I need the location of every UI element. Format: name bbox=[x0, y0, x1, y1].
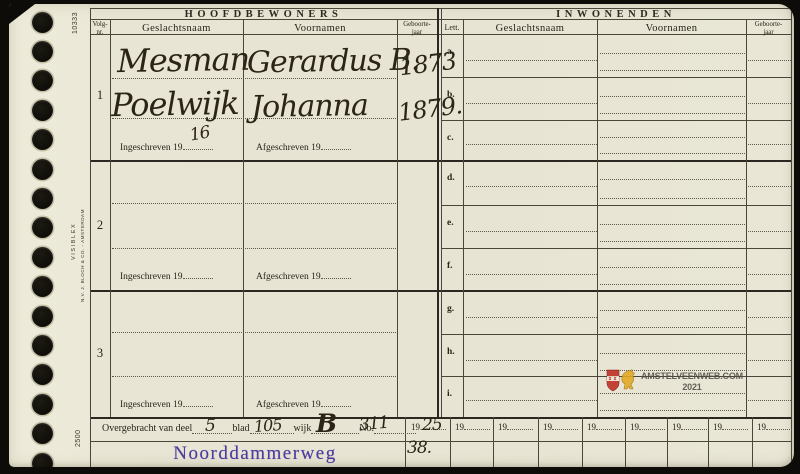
writing-line bbox=[600, 327, 745, 328]
row-letter: i. bbox=[447, 389, 463, 399]
writing-line bbox=[600, 241, 745, 242]
writing-line bbox=[600, 410, 745, 411]
transfer-label-blad: blad bbox=[232, 423, 249, 434]
writing-line bbox=[600, 310, 745, 311]
col-header-voornamen-right: Voornamen bbox=[597, 23, 746, 34]
footer-divider bbox=[752, 417, 753, 467]
year-cell: 19 bbox=[713, 422, 748, 432]
lodger-row-c: c. bbox=[441, 120, 791, 160]
punch-hole bbox=[32, 423, 53, 444]
footer-divider bbox=[667, 417, 668, 467]
punch-hole bbox=[32, 70, 53, 91]
writing-line bbox=[600, 284, 745, 285]
afgeschreven-text: Afgeschreven 19 bbox=[256, 272, 321, 282]
punch-hole bbox=[32, 217, 53, 238]
main-block-3: 3 Ingeschreven 19 Afgeschreven 19 bbox=[90, 290, 438, 417]
dotted-leader bbox=[596, 422, 622, 430]
year-prefix: 19 bbox=[543, 422, 552, 432]
col-header-geslachtsnaam-left: Geslachtsnaam bbox=[110, 23, 243, 34]
punch-hole bbox=[32, 100, 53, 121]
footer-divider bbox=[582, 417, 583, 467]
row-letter: c. bbox=[447, 133, 463, 143]
block-number: 3 bbox=[90, 346, 110, 361]
footer-divider bbox=[493, 417, 494, 467]
dotted-leader bbox=[321, 398, 351, 407]
watermark-site: AMSTELVEENWEB.COM bbox=[641, 371, 743, 381]
handwritten-firstnames-1: Gerardus B. bbox=[247, 45, 420, 78]
afgeschreven-text: Afgeschreven 19 bbox=[256, 400, 321, 410]
writing-line bbox=[466, 186, 597, 187]
punch-hole bbox=[32, 159, 53, 180]
footer-divider bbox=[538, 417, 539, 467]
dotted-leader bbox=[722, 422, 748, 430]
punch-hole bbox=[32, 364, 53, 385]
punch-hole bbox=[32, 394, 53, 415]
lodger-row-f: f. bbox=[441, 248, 791, 291]
afgeschreven-label: Afgeschreven 19 bbox=[256, 270, 351, 282]
street-name-stamp: Noorddammerweg bbox=[147, 443, 363, 465]
writing-line bbox=[600, 179, 745, 180]
col-header-voornamen-left: Voornamen bbox=[243, 23, 397, 34]
transfer-label-wijk: wijk bbox=[294, 423, 312, 434]
writing-line bbox=[466, 400, 597, 401]
year-cell: 19 bbox=[672, 422, 707, 432]
year-prefix: 19 bbox=[713, 422, 722, 432]
col-header-lett: Lett. bbox=[441, 24, 463, 32]
year-prefix: 19 bbox=[630, 422, 639, 432]
dotted-leader bbox=[507, 422, 533, 430]
punch-hole bbox=[32, 453, 53, 467]
section-title-hoofdbewoners: HOOFDBEWONERS bbox=[90, 9, 437, 20]
row-letter: d. bbox=[447, 173, 463, 183]
handwritten-year-value: 25 bbox=[422, 417, 442, 434]
lodger-row-a: a. bbox=[441, 34, 791, 77]
year-prefix: 19 bbox=[672, 422, 681, 432]
dotted-leader bbox=[183, 398, 213, 407]
year-cell: 19 bbox=[630, 422, 665, 432]
footer-divider bbox=[625, 417, 626, 467]
writing-line bbox=[466, 103, 597, 104]
year-cell: 19 bbox=[757, 422, 792, 432]
punch-hole bbox=[32, 188, 53, 209]
handwritten-surname-2: Poelwijk bbox=[111, 87, 239, 121]
writing-line bbox=[466, 231, 597, 232]
main-block-2: 2 Ingeschreven 19 Afgeschreven 19 bbox=[90, 160, 438, 290]
footer-divider bbox=[708, 417, 709, 467]
writing-line bbox=[466, 317, 597, 318]
writing-line bbox=[112, 248, 396, 250]
writing-line bbox=[112, 332, 396, 334]
handwritten-deel: 5 bbox=[205, 418, 215, 435]
afgeschreven-label: Afgeschreven 19 bbox=[256, 398, 351, 410]
afgeschreven-text: Afgeschreven 19 bbox=[256, 143, 321, 153]
year-cell: 19 bbox=[498, 422, 533, 432]
row-letter: f. bbox=[447, 261, 463, 271]
transfer-label-deel: Overgebracht van deel bbox=[102, 423, 192, 434]
writing-line bbox=[748, 60, 791, 61]
writing-line bbox=[748, 317, 791, 318]
writing-line bbox=[466, 60, 597, 61]
year-cell: 19 bbox=[543, 422, 578, 432]
ingeschreven-label: Ingeschreven 19 bbox=[120, 270, 213, 282]
amstelveen-coat-of-arms-icon bbox=[606, 368, 638, 395]
punch-hole bbox=[32, 247, 53, 268]
writing-line bbox=[748, 103, 791, 104]
dotted-leader bbox=[681, 422, 707, 430]
writing-line bbox=[600, 267, 745, 268]
writing-line bbox=[600, 53, 745, 54]
dotted-leader bbox=[639, 422, 665, 430]
dotted-leader bbox=[464, 422, 490, 430]
punch-hole bbox=[32, 276, 53, 297]
writing-line bbox=[748, 144, 791, 145]
year-cell: 19 bbox=[455, 422, 490, 432]
col-header-geslachtsnaam-right: Geslachtsnaam bbox=[463, 23, 597, 34]
col-header-geboorte-right-line1: Geboorte- bbox=[755, 21, 783, 28]
row-letter: h. bbox=[447, 347, 463, 357]
punch-hole bbox=[32, 306, 53, 327]
writing-line bbox=[600, 96, 745, 97]
writing-line bbox=[600, 113, 745, 114]
punch-hole bbox=[32, 129, 53, 150]
writing-line bbox=[466, 360, 597, 361]
scanned-register-card-page: 10333 2500 VISIBLEX N.V. J. BLOCH & CO. … bbox=[0, 0, 800, 474]
year-prefix: 19 bbox=[455, 422, 464, 432]
dotted-leader bbox=[552, 422, 578, 430]
writing-line bbox=[600, 137, 745, 138]
punch-hole bbox=[32, 41, 53, 62]
block-number: 2 bbox=[90, 218, 110, 233]
handwritten-surname-1: Mesman bbox=[117, 43, 250, 77]
year-prefix: 19 bbox=[498, 422, 507, 432]
writing-line bbox=[600, 353, 745, 354]
year-prefix: 19 bbox=[757, 422, 766, 432]
form-number-vertical: 10333 bbox=[72, 12, 79, 34]
row-letter: a. bbox=[447, 47, 463, 57]
col-header-volgnr-line1: Volg- bbox=[93, 21, 108, 28]
writing-line bbox=[466, 274, 597, 275]
lodger-row-d: d. bbox=[441, 160, 791, 205]
dotted-leader bbox=[321, 270, 351, 279]
ingeschreven-text: Ingeschreven 19 bbox=[120, 272, 183, 282]
year-prefix: 19. bbox=[411, 422, 422, 432]
handwritten-blad: 105 bbox=[253, 417, 282, 435]
writing-line bbox=[112, 376, 396, 378]
dotted-leader bbox=[321, 141, 351, 150]
writing-line bbox=[600, 198, 745, 199]
row-letter: e. bbox=[447, 218, 463, 228]
writing-line bbox=[112, 203, 396, 205]
table-right-border bbox=[791, 8, 792, 467]
lodger-row-b: b. bbox=[441, 77, 791, 120]
ingeschreven-text: Ingeschreven 19 bbox=[120, 143, 183, 153]
handwritten-house-number: 38. bbox=[407, 440, 431, 457]
punch-hole bbox=[32, 12, 53, 33]
writing-line bbox=[466, 144, 597, 145]
watermark: AMSTELVEENWEB.COM 2021 bbox=[606, 368, 743, 395]
footer-divider bbox=[450, 417, 451, 467]
writing-line bbox=[600, 153, 745, 154]
footer-mid-line bbox=[90, 441, 791, 442]
ingeschreven-label: Ingeschreven 19 bbox=[120, 398, 213, 410]
year-cell: 19 bbox=[587, 422, 622, 432]
ingeschreven-text: Ingeschreven 19 bbox=[120, 400, 183, 410]
handwritten-wijk: B bbox=[316, 411, 336, 436]
writing-line bbox=[748, 360, 791, 361]
manufacturer-vertical: N.V. J. BLOCH & CO. - AMSTERDAM bbox=[80, 209, 85, 302]
writing-line bbox=[748, 231, 791, 232]
row-letter: g. bbox=[447, 304, 463, 314]
writing-line bbox=[748, 400, 791, 401]
print-run-vertical: 2500 bbox=[75, 429, 82, 447]
watermark-year: 2021 bbox=[641, 382, 743, 392]
register-card: 10333 2500 VISIBLEX N.V. J. BLOCH & CO. … bbox=[9, 4, 794, 467]
section-title-inwonenden: INWONENDEN bbox=[441, 9, 791, 20]
dotted-leader bbox=[766, 422, 792, 430]
col-header-geboorte-left-line1: Geboorte- bbox=[403, 21, 431, 28]
row-letter: b. bbox=[447, 90, 463, 100]
punch-hole bbox=[32, 335, 53, 356]
block-number: 1 bbox=[90, 88, 110, 103]
dotted-leader bbox=[183, 270, 213, 279]
lodger-row-e: e. bbox=[441, 205, 791, 248]
handwritten-no: 311 bbox=[358, 415, 389, 435]
afgeschreven-label: Afgeschreven 19 bbox=[256, 141, 351, 153]
writing-line bbox=[600, 70, 745, 71]
year-prefix: 19 bbox=[587, 422, 596, 432]
handwritten-firstnames-2: Johanna bbox=[251, 91, 368, 123]
writing-line bbox=[748, 274, 791, 275]
writing-line bbox=[600, 224, 745, 225]
brand-vertical: VISIBLEX bbox=[71, 223, 77, 260]
writing-line bbox=[748, 186, 791, 187]
handwritten-ingeschreven-year: 16 bbox=[189, 124, 211, 144]
lodger-row-g: g. bbox=[441, 291, 791, 334]
